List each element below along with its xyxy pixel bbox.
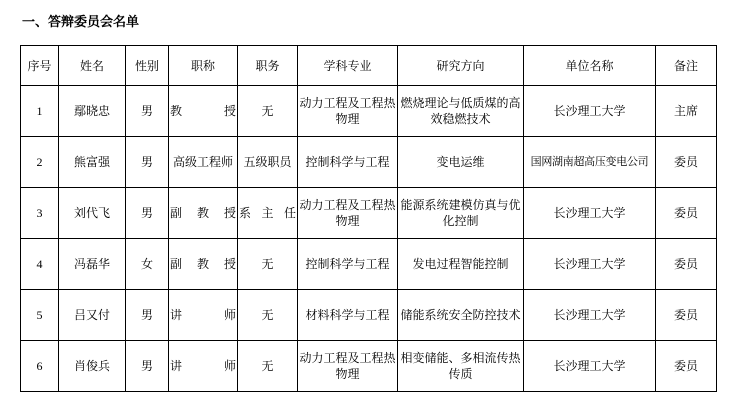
section-title: 一、答辩委员会名单 [22,11,139,30]
cell-title: 教 授 [169,86,238,137]
cell-research: 相变储能、多相流传热传质 [398,341,524,392]
cell-index: 4 [21,239,59,290]
cell-unit: 长沙理工大学 [524,86,656,137]
table-row: 3 刘代飞 男 副 教 授 系 主 任 动力工程及工程热物理 能源系统建模仿真与… [21,188,717,239]
cell-name: 鄢晓忠 [59,86,126,137]
cell-research: 变电运维 [398,137,524,188]
cell-title: 副 教 授 [169,188,238,239]
cell-role: 委员 [656,137,717,188]
table-row: 4 冯磊华 女 副 教 授 无 控制科学与工程 发电过程智能控制 长沙理工大学 … [21,239,717,290]
cell-position: 无 [238,86,298,137]
cell-position: 系 主 任 [238,188,298,239]
cell-index: 5 [21,290,59,341]
cell-position: 无 [238,290,298,341]
header-research: 研究方向 [398,46,524,86]
table-row: 5 吕又付 男 讲 师 无 材料科学与工程 储能系统安全防控技术 长沙理工大学 … [21,290,717,341]
cell-index: 1 [21,86,59,137]
cell-name: 刘代飞 [59,188,126,239]
cell-gender: 男 [126,137,169,188]
cell-title: 讲 师 [169,290,238,341]
cell-unit: 长沙理工大学 [524,188,656,239]
cell-gender: 男 [126,341,169,392]
cell-major: 动力工程及工程热物理 [298,188,398,239]
cell-research: 燃烧理论与低质煤的高效稳燃技术 [398,86,524,137]
cell-unit: 长沙理工大学 [524,239,656,290]
cell-role: 委员 [656,188,717,239]
table-header-row: 序号 姓名 性别 职称 职务 学科专业 研究方向 单位名称 备注 [21,46,717,86]
committee-table: 序号 姓名 性别 职称 职务 学科专业 研究方向 单位名称 备注 1 鄢晓忠 男… [20,45,717,392]
cell-unit: 长沙理工大学 [524,290,656,341]
header-role: 备注 [656,46,717,86]
header-title: 职称 [169,46,238,86]
cell-research: 能源系统建模仿真与优化控制 [398,188,524,239]
cell-major: 控制科学与工程 [298,137,398,188]
cell-major: 材料科学与工程 [298,290,398,341]
cell-role: 委员 [656,290,717,341]
cell-name: 熊富强 [59,137,126,188]
header-index: 序号 [21,46,59,86]
cell-research: 发电过程智能控制 [398,239,524,290]
cell-index: 3 [21,188,59,239]
table-row: 1 鄢晓忠 男 教 授 无 动力工程及工程热物理 燃烧理论与低质煤的高效稳燃技术… [21,86,717,137]
cell-position: 无 [238,341,298,392]
header-major: 学科专业 [298,46,398,86]
page: 一、答辩委员会名单 序号 姓名 性别 职称 职务 学科专业 研究方向 单位名称 [0,0,743,404]
cell-unit: 长沙理工大学 [524,341,656,392]
table-row: 2 熊富强 男 高级工程师 五级职员 控制科学与工程 变电运维 国网湖南超高压变… [21,137,717,188]
header-position: 职务 [238,46,298,86]
cell-role: 委员 [656,341,717,392]
cell-major: 动力工程及工程热物理 [298,341,398,392]
cell-gender: 男 [126,290,169,341]
cell-major: 控制科学与工程 [298,239,398,290]
cell-role: 主席 [656,86,717,137]
table-row: 6 肖俊兵 男 讲 师 无 动力工程及工程热物理 相变储能、多相流传热传质 长沙… [21,341,717,392]
cell-title: 高级工程师 [169,137,238,188]
cell-role: 委员 [656,239,717,290]
header-gender: 性别 [126,46,169,86]
cell-position: 五级职员 [238,137,298,188]
cell-gender: 男 [126,188,169,239]
cell-position: 无 [238,239,298,290]
header-name: 姓名 [59,46,126,86]
cell-name: 吕又付 [59,290,126,341]
cell-name: 冯磊华 [59,239,126,290]
cell-title: 讲 师 [169,341,238,392]
header-unit: 单位名称 [524,46,656,86]
cell-index: 2 [21,137,59,188]
cell-research: 储能系统安全防控技术 [398,290,524,341]
cell-unit: 国网湖南超高压变电公司 [524,137,656,188]
cell-gender: 女 [126,239,169,290]
cell-major: 动力工程及工程热物理 [298,86,398,137]
cell-index: 6 [21,341,59,392]
cell-name: 肖俊兵 [59,341,126,392]
cell-gender: 男 [126,86,169,137]
cell-title: 副 教 授 [169,239,238,290]
